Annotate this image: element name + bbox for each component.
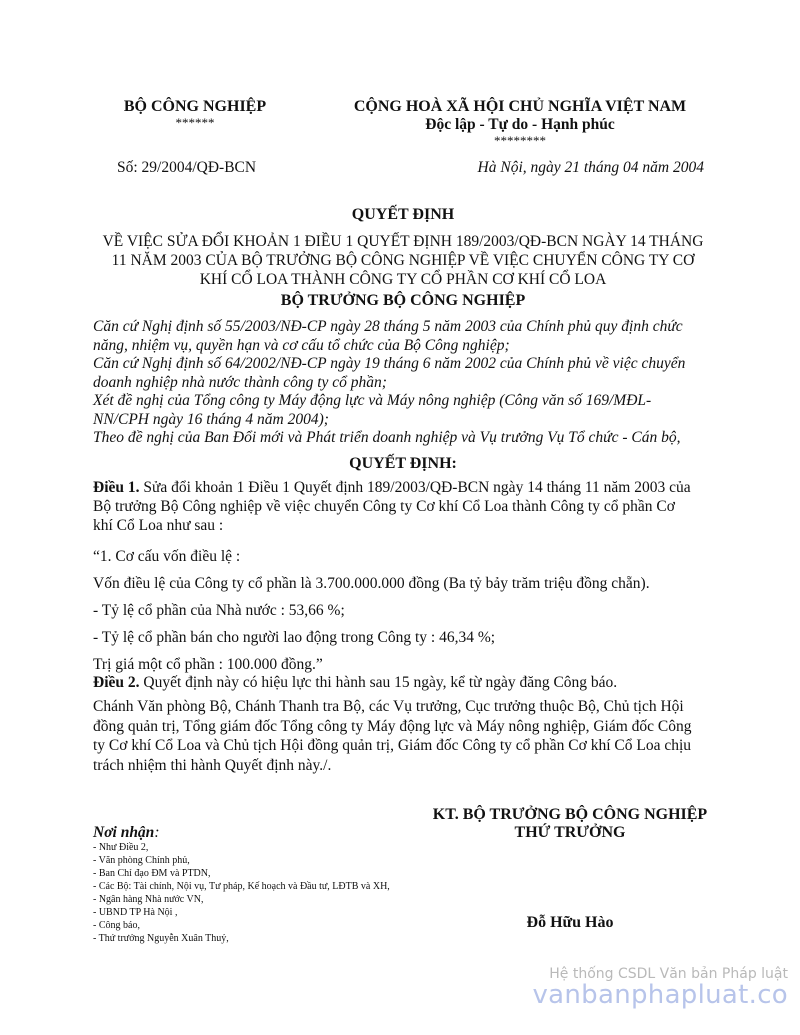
- issuing-authority: BỘ TRƯỞNG BỘ CÔNG NGHIỆP: [93, 292, 713, 310]
- recipient-item: - Văn phòng Chính phủ,: [93, 854, 390, 867]
- recipients-colon: :: [154, 824, 159, 841]
- place-and-date: Hà Nội, ngày 21 tháng 04 năm 2004: [478, 159, 704, 177]
- subject-line: VỀ VIỆC SỬA ĐỔI KHOẢN 1 ĐIỀU 1 QUYẾT ĐỊN…: [93, 232, 713, 251]
- article-1-text: Sửa đổi khoản 1 Điều 1 Quyết định 189/20…: [140, 479, 691, 496]
- signature-position: THỨ TRƯỞNG: [420, 824, 720, 842]
- preamble-line: Căn cứ Nghị định số 55/2003/NĐ-CP ngày 2…: [93, 318, 713, 337]
- agency-name: BỘ CÔNG NGHIỆP: [100, 98, 290, 116]
- decision-heading: QUYẾT ĐỊNH:: [93, 455, 713, 473]
- employee-share-ratio: - Tỷ lệ cổ phần bán cho người lao động t…: [93, 624, 713, 651]
- article-1-text: Bộ trưởng Bộ Công nghiệp về việc chuyển …: [93, 497, 713, 516]
- motto-stars: ********: [320, 133, 720, 149]
- article-1-items: “1. Cơ cấu vốn điều lệ : Vốn điều lệ của…: [93, 543, 713, 678]
- watermark-site: vanbanphapluat.co: [532, 980, 788, 1010]
- document-type: QUYẾT ĐỊNH: [93, 206, 713, 224]
- article-1-text: khí Cổ Loa như sau :: [93, 516, 713, 535]
- execution-line: Chánh Văn phòng Bộ, Chánh Thanh tra Bộ, …: [93, 697, 713, 717]
- signer-name: Đỗ Hữu Hào: [420, 914, 720, 932]
- execution-line: ty Cơ khí Cổ Loa và Chủ tịch Hội đồng qu…: [93, 736, 713, 756]
- execution-clause: Chánh Văn phòng Bộ, Chánh Thanh tra Bộ, …: [93, 697, 713, 775]
- preamble: Căn cứ Nghị định số 55/2003/NĐ-CP ngày 2…: [93, 318, 713, 448]
- recipient-item: - Ngân hàng Nhà nước VN,: [93, 893, 390, 906]
- preamble-line: năng, nhiệm vụ, quyền hạn và cơ cấu tổ c…: [93, 337, 713, 356]
- recipient-item: - Thứ trưởng Nguyễn Xuân Thuỷ,: [93, 932, 390, 945]
- recipient-item: - Như Điều 2,: [93, 841, 390, 854]
- article-1: Điều 1. Sửa đổi khoản 1 Điều 1 Quyết địn…: [93, 478, 713, 535]
- document-number: Số: 29/2004/QĐ-BCN: [117, 159, 256, 177]
- document-subject: VỀ VIỆC SỬA ĐỔI KHOẢN 1 ĐIỀU 1 QUYẾT ĐỊN…: [93, 232, 713, 289]
- recipients-list: - Như Điều 2, - Văn phòng Chính phủ, - B…: [93, 841, 390, 945]
- charter-capital: Vốn điều lệ của Công ty cổ phần là 3.700…: [93, 570, 713, 597]
- recipient-item: - UBND TP Hà Nội ,: [93, 906, 390, 919]
- signature-on-behalf: KT. BỘ TRƯỞNG BỘ CÔNG NGHIỆP: [420, 806, 720, 824]
- recipients-title: Nơi nhận: [93, 824, 154, 841]
- subject-line: KHÍ CỔ LOA THÀNH CÔNG TY CỔ PHẦN CƠ KHÍ …: [93, 270, 713, 289]
- article-2-label: Điều 2.: [93, 674, 140, 691]
- preamble-line: Xét đề nghị của Tổng công ty Máy động lự…: [93, 392, 713, 411]
- article-2: Điều 2. Quyết định này có hiệu lực thi h…: [93, 673, 713, 693]
- article-2-text: Quyết định này có hiệu lực thi hành sau …: [140, 674, 618, 691]
- nation-name: CỘNG HOÀ XÃ HỘI CHỦ NGHĨA VIỆT NAM: [320, 98, 720, 116]
- execution-line: trách nhiệm thi hành Quyết định này./.: [93, 756, 713, 776]
- subject-line: 11 NĂM 2003 CỦA BỘ TRƯỞNG BỘ CÔNG NGHIỆP…: [93, 251, 713, 270]
- recipient-item: - Ban Chỉ đạo ĐM và PTDN,: [93, 867, 390, 880]
- state-share-ratio: - Tỷ lệ cổ phần của Nhà nước : 53,66 %;: [93, 597, 713, 624]
- national-motto: Độc lập - Tự do - Hạnh phúc: [320, 116, 720, 134]
- article-1-label: Điều 1.: [93, 479, 140, 496]
- recipient-item: - Các Bộ: Tài chính, Nội vụ, Tư pháp, Kế…: [93, 880, 390, 893]
- recipient-item: - Công báo,: [93, 919, 390, 932]
- preamble-line: doanh nghiệp nhà nước thành công ty cổ p…: [93, 374, 713, 393]
- recipients-heading: Nơi nhận:: [93, 824, 159, 842]
- preamble-line: NN/CPH ngày 16 tháng 4 năm 2004);: [93, 411, 713, 430]
- execution-line: đồng quản trị, Tổng giám đốc Tổng công t…: [93, 717, 713, 737]
- capital-structure-heading: “1. Cơ cấu vốn điều lệ :: [93, 543, 713, 570]
- preamble-line: Căn cứ Nghị định số 64/2002/NĐ-CP ngày 1…: [93, 355, 713, 374]
- preamble-line: Theo đề nghị của Ban Đổi mới và Phát tri…: [93, 429, 713, 448]
- agency-stars: ******: [100, 115, 290, 131]
